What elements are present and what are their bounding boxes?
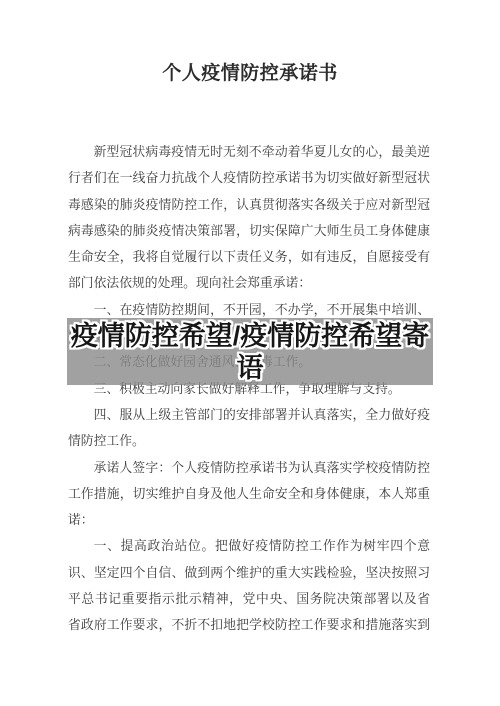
text-line: 病毒感染的肺炎疫情决策部署，切实保障广大师生员工身体健康和	[68, 218, 430, 244]
text-line: 部门依法依规的处理。现向社会郑重承诺：	[68, 270, 430, 296]
watermark-caption-line-1: 疫情防控希望/疫情防控希望寄	[71, 320, 430, 352]
text-line: 生命安全，我将自觉履行以下责任义务，如有违反，自愿接受有关	[68, 244, 430, 270]
text-line: 工作措施，切实维护自身及他人生命安全和身体健康，本人郑重承	[68, 481, 430, 507]
text-line: 一、提高政治站位。把做好疫情防控工作作为树牢四个意	[68, 533, 430, 559]
watermark-caption-line-2: 语	[237, 352, 264, 384]
document-title: 个人疫情防控承诺书	[0, 58, 500, 85]
text-line: 四、服从上级主管部门的安排部署并认真落实，全力做好疫	[68, 402, 430, 428]
document-page: 个人疫情防控承诺书 新型冠状病毒疫情无时无刻不牵动着华夏儿女的心，最美逆 行者们…	[0, 0, 500, 706]
text-line: 承诺人签字：个人疫情防控承诺书为认真落实学校疫情防控	[68, 455, 430, 481]
text-line: 毒感染的肺炎疫情防控工作，认真贯彻落实各级关于应对新型冠状	[68, 192, 430, 218]
document-body: 新型冠状病毒疫情无时无刻不牵动着华夏儿女的心，最美逆 行者们在一线奋力抗战个人疫…	[68, 139, 430, 639]
text-line: 识、坚定四个自信、做到两个维护的重大实践检验，坚决按照习近	[68, 560, 430, 586]
text-line: 行者们在一线奋力抗战个人疫情防控承诺书为切实做好新型冠状病	[68, 165, 430, 191]
text-line: 省政府工作要求，不折不扣地把学校防控工作要求和措施落实到	[68, 612, 430, 638]
text-line: 平总书记重要指示批示精神，党中央、国务院决策部署以及省委、	[68, 586, 430, 612]
text-line: 情防控工作。	[68, 428, 430, 454]
watermark-caption-band: 疫情防控希望/疫情防控希望寄 语	[67, 318, 433, 385]
text-line: 新型冠状病毒疫情无时无刻不牵动着华夏儿女的心，最美逆	[68, 139, 430, 165]
text-line: 诺：	[68, 507, 430, 533]
